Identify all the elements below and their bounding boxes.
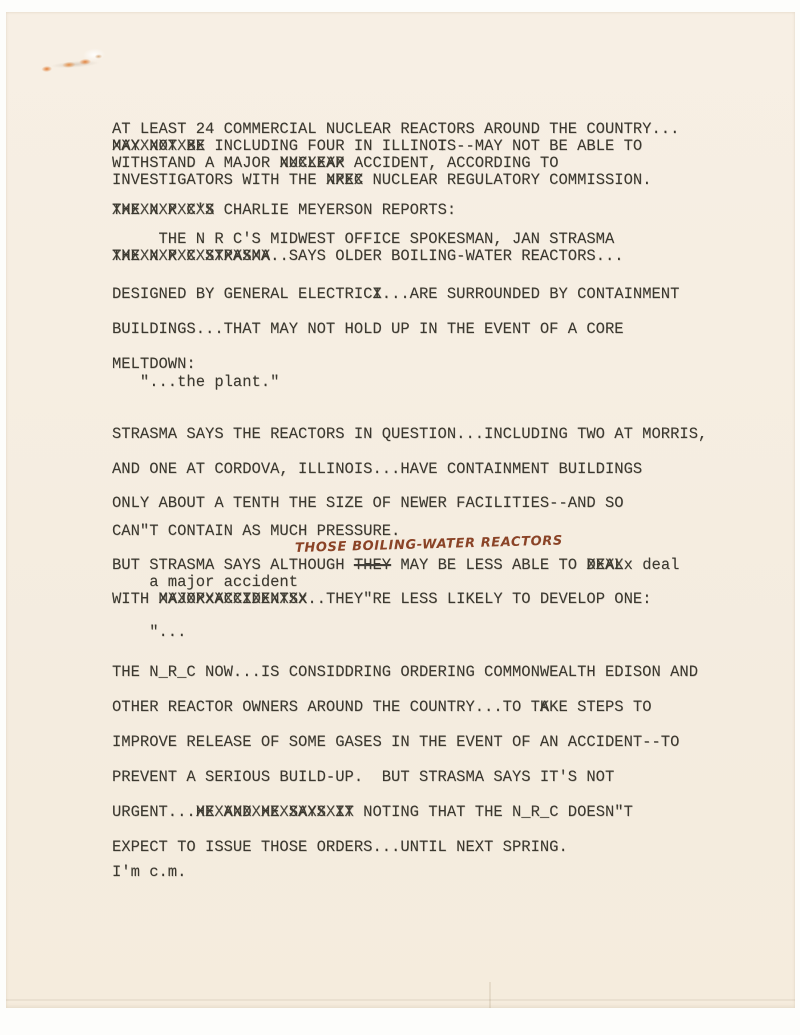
typed-line: THE N_R_C NOW...IS CONSIDDRING ORDERING … — [112, 664, 770, 681]
typed-line: STRASMA SAYS THE REACTORS IN QUESTION...… — [112, 426, 770, 443]
staple-rust-stain — [35, 45, 123, 77]
typed-line: AND ONE AT CORDOVA, ILLINOIS...HAVE CONT… — [112, 461, 770, 478]
typed-line: INVESTIGATORS WITH THE NRECXXXX NUCLEAR … — [112, 172, 770, 189]
typed-line-insertion: a major accident — [112, 574, 770, 591]
typed-line: DESIGNED BY GENERAL ELECTRICIX...ARE SUR… — [112, 286, 770, 303]
typed-line: MAY NOT BEXXXXXXXXXX INCLUDING FOUR IN I… — [112, 138, 770, 155]
overstruck-text: DEALXXXX — [586, 557, 623, 574]
overstruck-text: NUCLEARXXXXXXX — [279, 155, 344, 172]
overstruck-text: THE N R C STRASMAXXXXXXXXXXXXXXXXX — [112, 248, 270, 265]
typed-line: PREVENT A SERIOUS BUILD-UP. BUT STRASMA … — [112, 769, 770, 786]
typed-line-signoff: I'm c.m. — [112, 864, 770, 881]
overstruck-text: MAY NOT BEXXXXXXXXXX — [112, 138, 205, 155]
typed-line: THE N R C'SXXXXXXXXXXX CHARLIE MEYERSON … — [112, 202, 770, 219]
typed-line: IMPROVE RELEASE OF SOME GASES IN THE EVE… — [112, 734, 770, 751]
overstruck-text: HE AND HE SAYS ITXXXXXXXXXXXXXXXXX — [196, 804, 354, 821]
typed-line: ONLY ABOUT A TENTH THE SIZE OF NEWER FAC… — [112, 495, 770, 512]
overstruck-text: NRECXXXX — [326, 172, 363, 189]
struck-through-word: THEY — [354, 556, 391, 574]
paper-crease-vertical — [489, 982, 491, 1008]
typed-line: MELTDOWN: — [112, 356, 770, 373]
paper-crease-horizontal — [6, 999, 795, 1001]
typed-line: EXPECT TO ISSUE THOSE ORDERS...UNTIL NEX… — [112, 839, 770, 856]
overstruck-text: TAKE K — [531, 699, 568, 716]
typed-line: WITH MAJORxACCIDENTSxXXXXXXXXXXXXXXXX..T… — [112, 591, 770, 608]
typed-line: BUT STRASMA SAYS ALTHOUGH THEY MAY BE LE… — [112, 557, 770, 574]
typed-line: OTHER REACTOR OWNERS AROUND THE COUNTRY.… — [112, 699, 770, 716]
typed-line: THE N R C STRASMAXXXXXXXXXXXXXXXXX..SAYS… — [112, 248, 770, 265]
overstruck-text: THE N R C'SXXXXXXXXXXX — [112, 202, 214, 219]
typed-line: AT LEAST 24 COMMERCIAL NUCLEAR REACTORS … — [112, 121, 770, 138]
typed-line-quote: "... — [112, 624, 770, 641]
overstruck-text: MAJORxACCIDENTSxXXXXXXXXXXXXXXXX — [159, 591, 308, 608]
typed-line: URGENT...HE AND HE SAYS ITXXXXXXXXXXXXXX… — [112, 804, 770, 821]
overstruck-text: IX — [372, 286, 381, 303]
typed-line: THE N R C'S MIDWEST OFFICE SPOKESMAN, JA… — [112, 231, 770, 248]
typed-script-text: AT LEAST 24 COMMERCIAL NUCLEAR REACTORS … — [112, 121, 770, 881]
typed-line: BUILDINGS...THAT MAY NOT HOLD UP IN THE … — [112, 321, 770, 338]
overstruck-text: ILLINOTS I — [382, 138, 456, 155]
typed-line: WITHSTAND A MAJOR NUCLEARXXXXXXX ACCIDEN… — [112, 155, 770, 172]
typed-line-quote: "...the plant." — [112, 374, 770, 391]
